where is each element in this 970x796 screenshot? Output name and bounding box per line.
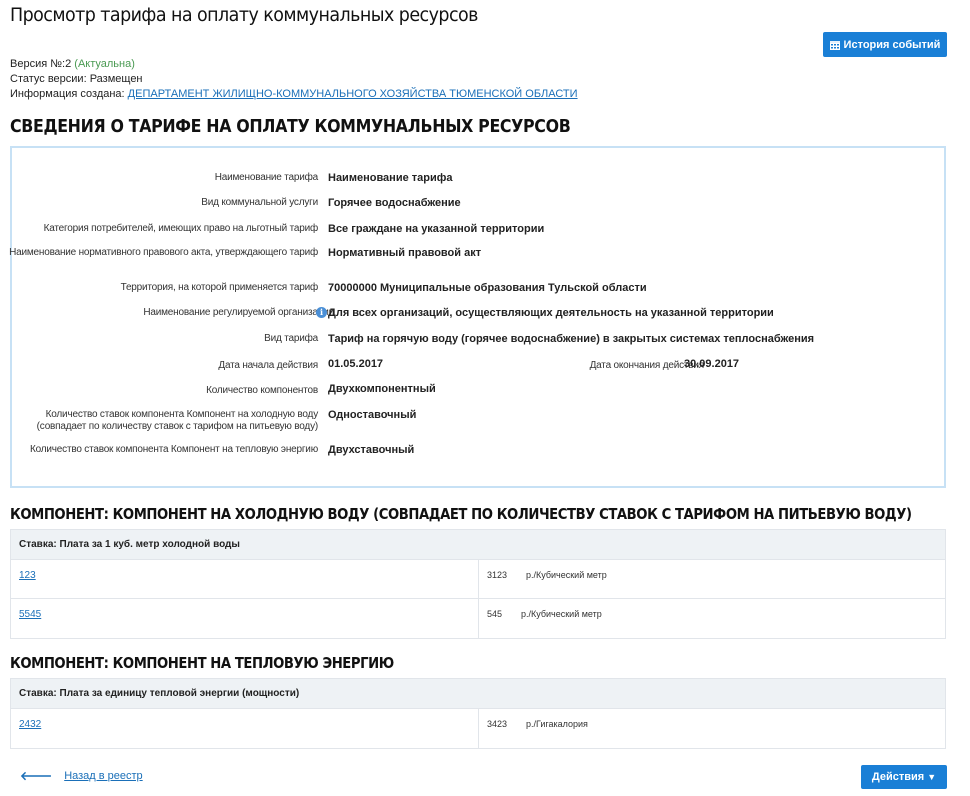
table-row: 5545 545 р./Кубический метр bbox=[11, 599, 945, 638]
field-value: 01.05.2017 bbox=[328, 358, 383, 371]
end-date-value: 30.09.2017 bbox=[684, 358, 739, 371]
version-meta: Версия №:2 (Актуальна) Статус версии: Ра… bbox=[10, 57, 578, 102]
field-value: Двухставочный bbox=[328, 444, 414, 457]
column-divider bbox=[478, 560, 479, 598]
version-line: Версия №:2 (Актуальна) bbox=[10, 57, 578, 72]
version-number: 2 bbox=[65, 58, 71, 70]
rate-link[interactable]: 123 bbox=[19, 570, 36, 581]
field-value: 70000000 Муниципальные образования Тульс… bbox=[328, 282, 647, 295]
table-row: 2432 3423 р./Гигакалория bbox=[11, 709, 945, 748]
field-label: Территория, на которой применяется тариф bbox=[8, 282, 318, 294]
status-value: Размещен bbox=[90, 73, 143, 85]
status-label: Статус версии: bbox=[10, 73, 87, 85]
field-label-text: Наименование регулируемой организации bbox=[143, 307, 334, 318]
field-value: Тариф на горячую воду (горячее водоснабж… bbox=[328, 333, 814, 346]
status-line: Статус версии: Размещен bbox=[10, 72, 578, 87]
field-label: Количество ставок компонента Компонент н… bbox=[8, 409, 318, 433]
rate-amount: 3123 bbox=[487, 570, 507, 580]
field-label: Наименование регулируемой организации bbox=[24, 307, 334, 319]
history-button-label: История событий bbox=[844, 39, 941, 51]
back-to-registry-link[interactable]: Назад в реестр bbox=[64, 770, 142, 782]
field-label: Вид тарифа bbox=[8, 333, 318, 345]
field-label: Категория потребителей, имеющих право на… bbox=[8, 223, 318, 235]
field-label: Количество компонентов bbox=[8, 385, 318, 397]
created-line: Информация создана: ДЕПАРТАМЕНТ ЖИЛИЩНО-… bbox=[10, 87, 578, 102]
rate-link[interactable]: 5545 bbox=[19, 609, 41, 620]
version-state: (Актуальна) bbox=[74, 58, 135, 70]
back-to-registry[interactable]: 🡐 Назад в реестр bbox=[20, 768, 143, 783]
field-value: Горячее водоснабжение bbox=[328, 197, 461, 210]
created-by-link[interactable]: ДЕПАРТАМЕНТ ЖИЛИЩНО-КОММУНАЛЬНОГО ХОЗЯЙС… bbox=[128, 88, 578, 100]
rate-unit: р./Кубический метр bbox=[526, 570, 607, 580]
field-label: Наименование тарифа bbox=[8, 172, 318, 184]
created-label: Информация создана: bbox=[10, 88, 125, 100]
rate-unit: р./Кубический метр bbox=[521, 609, 602, 619]
rate-link[interactable]: 2432 bbox=[19, 719, 41, 730]
column-divider bbox=[478, 599, 479, 638]
actions-button[interactable]: Действия ▼ bbox=[861, 765, 947, 789]
actions-button-label: Действия bbox=[872, 771, 924, 783]
arrow-left-icon: 🡐 bbox=[20, 768, 52, 783]
table-row: 123 3123 р./Кубический метр bbox=[11, 560, 945, 599]
section-title: СВЕДЕНИЯ О ТАРИФЕ НА ОПЛАТУ КОММУНАЛЬНЫХ… bbox=[10, 116, 570, 137]
column-divider bbox=[478, 709, 479, 748]
info-icon[interactable]: i bbox=[316, 307, 327, 318]
tariff-details-panel: Наименование тарифа Наименование тарифа … bbox=[10, 146, 946, 488]
rate-amount: 3423 bbox=[487, 719, 507, 729]
component-title-cold-water: КОМПОНЕНТ: КОМПОНЕНТ НА ХОЛОДНУЮ ВОДУ (С… bbox=[10, 505, 912, 523]
field-value: Нормативный правовой акт bbox=[328, 247, 481, 260]
field-value: Одноставочный bbox=[328, 409, 416, 422]
field-value: Для всех организаций, осуществляющих дея… bbox=[328, 307, 774, 320]
rate-table-cold-water: Ставка: Плата за 1 куб. метр холодной во… bbox=[10, 529, 946, 639]
rate-unit: р./Гигакалория bbox=[526, 719, 588, 729]
field-label: Наименование нормативного правового акта… bbox=[8, 247, 318, 259]
version-label: Версия №: bbox=[10, 58, 65, 70]
field-value: Наименование тарифа bbox=[328, 172, 453, 185]
rate-table-heat: Ставка: Плата за единицу тепловой энерги… bbox=[10, 678, 946, 749]
history-button[interactable]: История событий bbox=[823, 32, 947, 57]
rate-header: Ставка: Плата за единицу тепловой энерги… bbox=[11, 679, 945, 709]
field-label: Вид коммунальной услуги bbox=[8, 197, 318, 209]
field-value: Двухкомпонентный bbox=[328, 383, 436, 396]
caret-down-icon: ▼ bbox=[927, 772, 936, 782]
field-value: Все граждане на указанной территории bbox=[328, 223, 544, 236]
page-title: Просмотр тарифа на оплату коммунальных р… bbox=[10, 4, 478, 26]
rate-header: Ставка: Плата за 1 куб. метр холодной во… bbox=[11, 530, 945, 560]
end-date-label: Дата окончания действия bbox=[392, 360, 704, 372]
component-title-heat: КОМПОНЕНТ: КОМПОНЕНТ НА ТЕПЛОВУЮ ЭНЕРГИЮ bbox=[10, 654, 394, 672]
field-label: Дата начала действия bbox=[8, 360, 318, 372]
field-label: Количество ставок компонента Компонент н… bbox=[8, 444, 318, 456]
rate-amount: 545 bbox=[487, 609, 502, 619]
calendar-icon bbox=[830, 40, 840, 50]
